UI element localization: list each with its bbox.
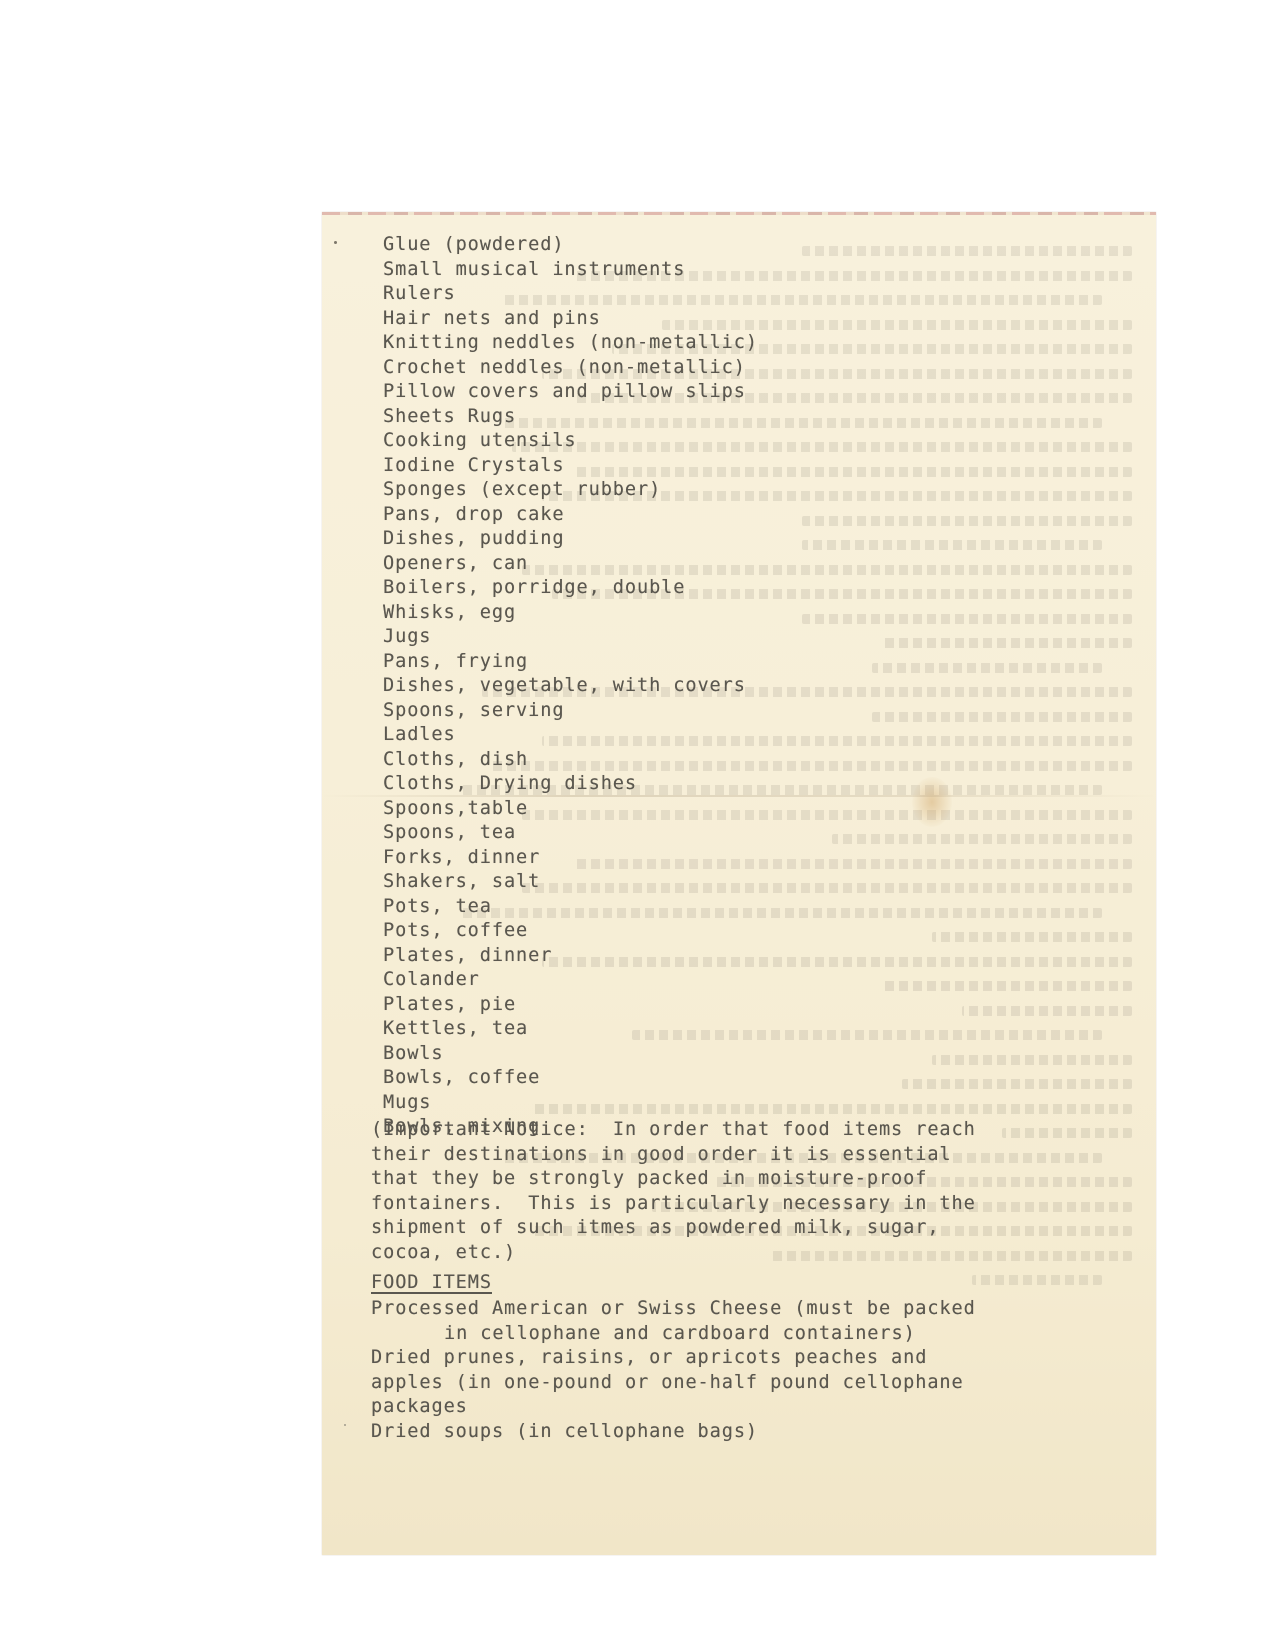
list-item: Pans, drop cake xyxy=(383,503,758,528)
list-item: Mugs xyxy=(383,1091,758,1116)
list-item: Cloths, Drying dishes xyxy=(383,772,758,797)
list-item: Kettles, tea xyxy=(383,1017,758,1042)
list-item: Whisks, egg xyxy=(383,601,758,626)
list-item: Glue (powdered) xyxy=(383,233,758,258)
list-item: Dishes, vegetable, with covers xyxy=(383,674,758,699)
list-item: Cloths, dish xyxy=(383,748,758,773)
list-item: Pots, tea xyxy=(383,895,758,920)
non-food-items-list: Glue (powdered)Small musical instruments… xyxy=(383,233,758,1140)
torn-top-edge xyxy=(322,212,1156,215)
food-item: Dried prunes, raisins, or apricots peach… xyxy=(371,1346,976,1420)
margin-dot xyxy=(344,1424,346,1426)
food-item-line: Processed American or Swiss Cheese (must… xyxy=(371,1297,976,1322)
notice-line: that they be strongly packed in moisture… xyxy=(371,1167,1151,1192)
list-item: Spoons,table xyxy=(383,797,758,822)
list-item: Ladles xyxy=(383,723,758,748)
notice-line: their destinations in good order it is e… xyxy=(371,1143,1151,1168)
list-item: Sheets Rugs xyxy=(383,405,758,430)
food-item: Dried soups (in cellophane bags) xyxy=(371,1420,976,1445)
list-item: Iodine Crystals xyxy=(383,454,758,479)
margin-mark xyxy=(334,241,337,244)
list-item: Pillow covers and pillow slips xyxy=(383,380,758,405)
list-item: Small musical instruments xyxy=(383,258,758,283)
food-item-line: Dried soups (in cellophane bags) xyxy=(371,1420,976,1445)
list-item: Knitting neddles (non-metallic) xyxy=(383,331,758,356)
list-item: Jugs xyxy=(383,625,758,650)
list-item: Pans, frying xyxy=(383,650,758,675)
list-item: Spoons, serving xyxy=(383,699,758,724)
list-item: Spoons, tea xyxy=(383,821,758,846)
food-item-line: packages xyxy=(371,1395,976,1420)
list-item: Cooking utensils xyxy=(383,429,758,454)
list-item: Rulers xyxy=(383,282,758,307)
list-item: Openers, can xyxy=(383,552,758,577)
scanned-page: Glue (powdered)Small musical instruments… xyxy=(322,212,1156,1555)
list-item: Plates, dinner xyxy=(383,944,758,969)
food-items-heading: FOOD ITEMS xyxy=(371,1271,492,1296)
list-item: Hair nets and pins xyxy=(383,307,758,332)
list-item: Bowls, coffee xyxy=(383,1066,758,1091)
food-item-line: Dried prunes, raisins, or apricots peach… xyxy=(371,1346,976,1371)
food-item: Processed American or Swiss Cheese (must… xyxy=(371,1297,976,1346)
important-notice: (Important Notice: In order that food it… xyxy=(371,1118,1151,1265)
paper-stain xyxy=(912,777,952,827)
list-item: Shakers, salt xyxy=(383,870,758,895)
list-item: Dishes, pudding xyxy=(383,527,758,552)
notice-line: cocoa, etc.) xyxy=(371,1241,1151,1266)
list-item: Bowls xyxy=(383,1042,758,1067)
notice-line: (Important Notice: In order that food it… xyxy=(371,1118,1151,1143)
food-item-line: in cellophane and cardboard containers) xyxy=(371,1322,976,1347)
list-item: Pots, coffee xyxy=(383,919,758,944)
list-item: Forks, dinner xyxy=(383,846,758,871)
food-item-line: apples (in one-pound or one-half pound c… xyxy=(371,1371,976,1396)
notice-line: shipment of such itmes as powdered milk,… xyxy=(371,1216,1151,1241)
list-item: Plates, pie xyxy=(383,993,758,1018)
notice-line: fontainers. This is particularly necessa… xyxy=(371,1192,1151,1217)
list-item: Colander xyxy=(383,968,758,993)
list-item: Crochet neddles (non-metallic) xyxy=(383,356,758,381)
food-items-list: Processed American or Swiss Cheese (must… xyxy=(371,1297,976,1444)
list-item: Boilers, porridge, double xyxy=(383,576,758,601)
list-item: Sponges (except rubber) xyxy=(383,478,758,503)
